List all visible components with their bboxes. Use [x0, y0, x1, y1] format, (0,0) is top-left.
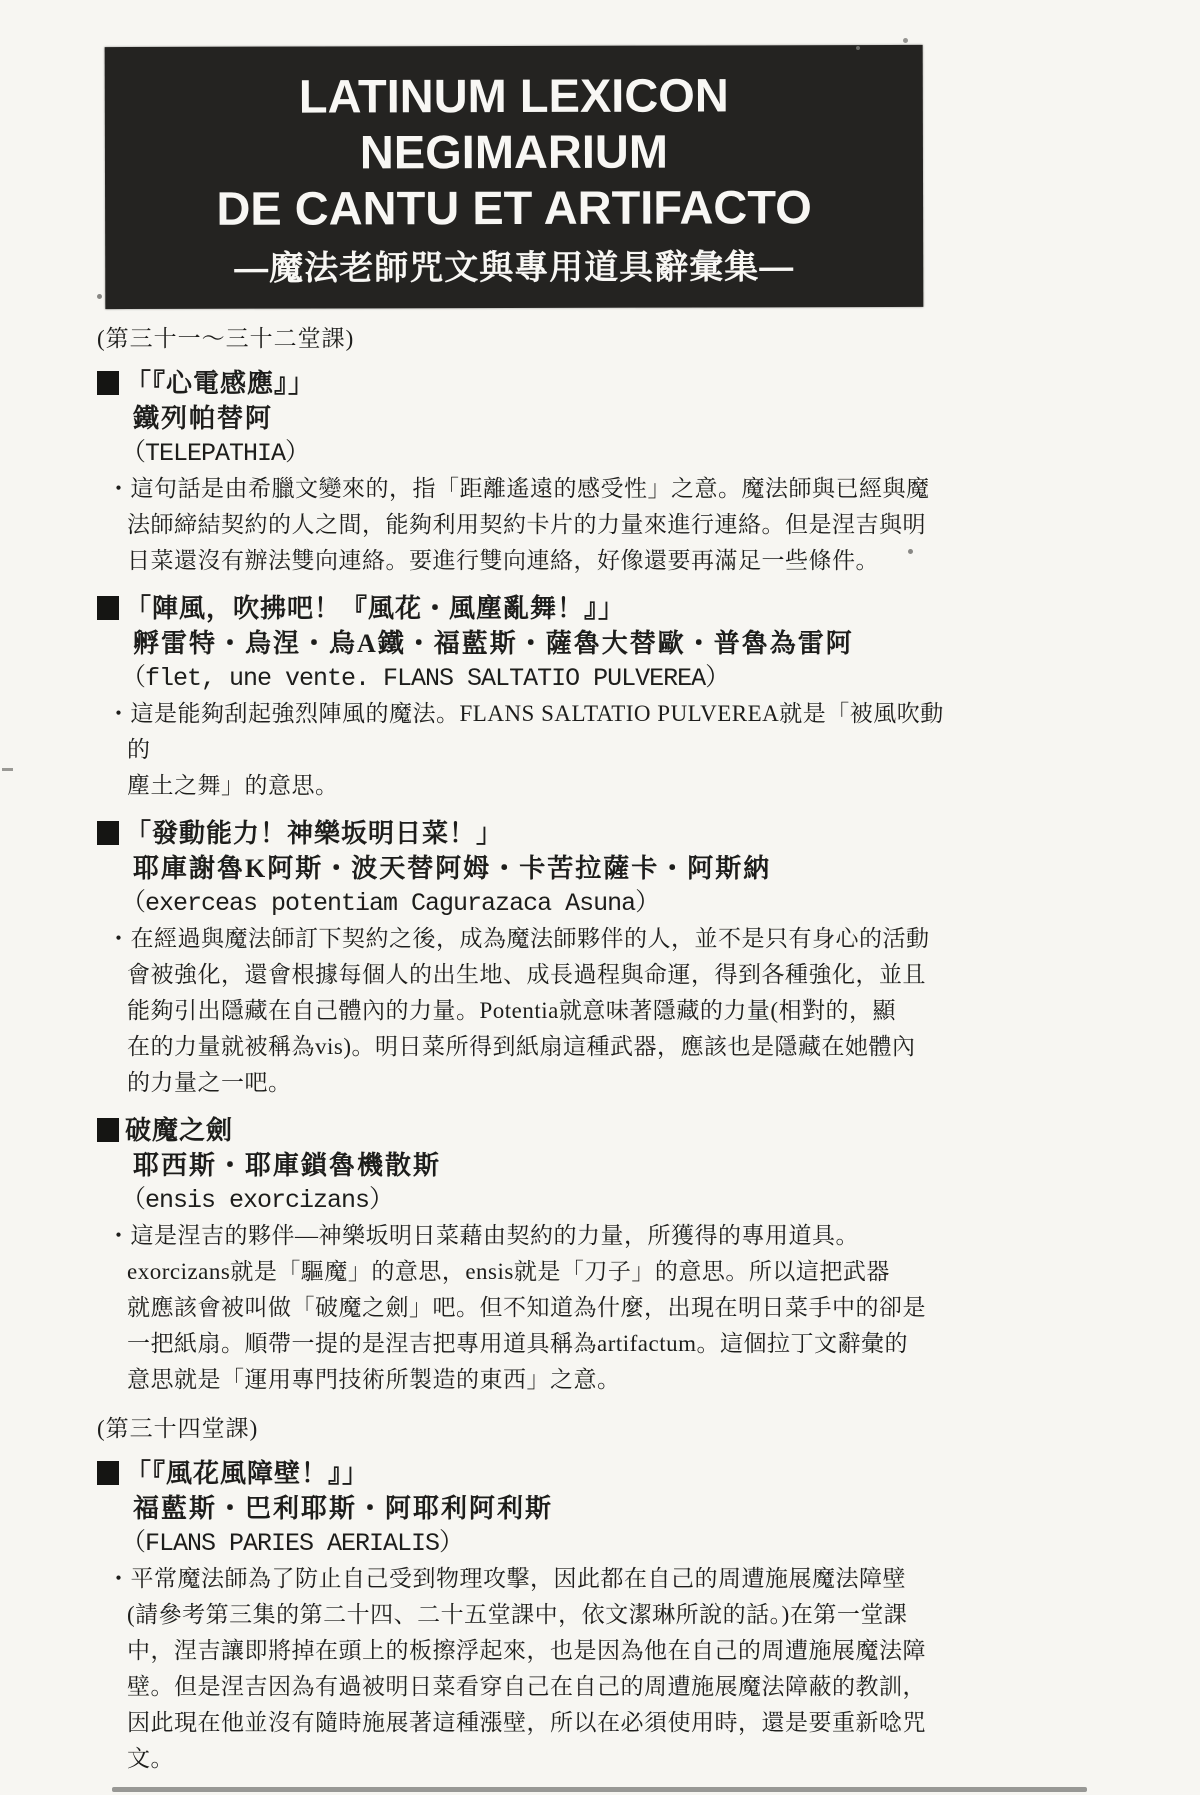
entry-latin: （TELEPATHIA） — [121, 436, 945, 471]
course-label: (第三十一～三十二堂課) — [97, 324, 945, 354]
entry-title-row: 「陣風，吹拂吧！『風花・風塵亂舞！』」 — [95, 591, 945, 626]
entry-latin: （FLANS PARIES AERIALIS） — [121, 1526, 945, 1561]
header-subtitle: —魔法老師咒文與專用道具辭彙集— — [105, 245, 923, 291]
entry-title: 「陣風，吹拂吧！『風花・風塵亂舞！』」 — [125, 591, 625, 626]
section-marker-icon — [97, 371, 119, 395]
lexicon-entry: 「『風花風障壁！』」 福藍斯・巴利耶斯・阿耶利阿利斯 （FLANS PARIES… — [95, 1456, 945, 1777]
section-marker-icon — [97, 596, 119, 620]
entry-title: 「『風花風障壁！』」 — [125, 1456, 369, 1491]
scan-bottom-line — [112, 1787, 1087, 1792]
section-marker-icon — [97, 1461, 119, 1485]
entry-title: 「『心電感應』」 — [125, 366, 315, 401]
entry-body: ・這是涅吉的夥伴—神樂坂明日菜藉由契約的力量，所獲得的專用道具。 exorciz… — [95, 1218, 945, 1398]
scan-edge-mark — [2, 768, 13, 771]
scan-speck — [97, 294, 102, 299]
entry-body: ・這句話是由希臘文變來的，指「距離遙遠的感受性」之意。魔法師與已經與魔 法師締結… — [95, 471, 945, 579]
scan-speck — [903, 38, 908, 43]
entry-body: ・在經過與魔法師訂下契約之後，成為魔法師夥伴的人，並不是只有身心的活動 會被強化… — [95, 921, 945, 1101]
header-latin-line-1: LATINUM LEXICON — [105, 67, 923, 125]
course-label: (第三十四堂課) — [97, 1414, 945, 1444]
entry-body: ・平常魔法師為了防止自己受到物理攻擊，因此都在自己的周遭施展魔法障壁 (請參考第… — [95, 1561, 945, 1777]
entry-body: ・這是能夠刮起強烈陣風的魔法。FLANS SALTATIO PULVEREA就是… — [95, 696, 945, 804]
entry-reading: 耶西斯・耶庫鎖魯機散斯 — [133, 1148, 945, 1183]
scan-speck — [908, 549, 913, 554]
lexicon-entry: 「發動能力！神樂坂明日菜！」 耶庫謝魯K阿斯・波天替阿姆・卡苦拉薩卡・阿斯納 （… — [95, 816, 945, 1101]
entry-title: 破魔之劍 — [125, 1113, 233, 1148]
entry-title: 「發動能力！神樂坂明日菜！」 — [125, 816, 503, 851]
entry-reading: 孵雷特・烏涅・烏A鐵・福藍斯・薩魯大替歐・普魯為雷阿 — [133, 626, 945, 661]
header-latin-line-3: DE CANTU ET ARTIFACTO — [105, 179, 923, 237]
entry-title-row: 「『風花風障壁！』」 — [95, 1456, 945, 1491]
lexicon-sections: (第三十一～三十二堂課) 「『心電感應』」 鐵列帕替阿 （TELEPATHIA）… — [95, 324, 945, 1777]
entry-latin: （ensis exorcizans） — [121, 1183, 945, 1218]
entry-reading: 鐵列帕替阿 — [133, 401, 945, 436]
entry-title-row: 「發動能力！神樂坂明日菜！」 — [95, 816, 945, 851]
section-marker-icon — [97, 1118, 119, 1142]
entry-latin: （exerceas potentiam Cagurazaca Asuna） — [121, 886, 945, 921]
entry-reading: 福藍斯・巴利耶斯・阿耶利阿利斯 — [133, 1491, 945, 1526]
scan-speck — [856, 46, 860, 50]
lexicon-entry: 「『心電感應』」 鐵列帕替阿 （TELEPATHIA） ・這句話是由希臘文變來的… — [95, 366, 945, 579]
lexicon-entry: 「陣風，吹拂吧！『風花・風塵亂舞！』」 孵雷特・烏涅・烏A鐵・福藍斯・薩魯大替歐… — [95, 591, 945, 804]
lexicon-entry: 破魔之劍 耶西斯・耶庫鎖魯機散斯 （ensis exorcizans） ・這是涅… — [95, 1113, 945, 1398]
entry-title-row: 破魔之劍 — [95, 1113, 945, 1148]
section-marker-icon — [97, 821, 119, 845]
scanned-book-page: LATINUM LEXICON NEGIMARIUM DE CANTU ET A… — [0, 0, 1200, 1795]
header-latin-line-2: NEGIMARIUM — [105, 123, 923, 181]
lexicon-header-box: LATINUM LEXICON NEGIMARIUM DE CANTU ET A… — [105, 45, 924, 309]
entry-latin: （flet, une vente. FLANS SALTATIO PULVERE… — [121, 661, 945, 696]
entry-title-row: 「『心電感應』」 — [95, 366, 945, 401]
entry-reading: 耶庫謝魯K阿斯・波天替阿姆・卡苦拉薩卡・阿斯納 — [133, 851, 945, 886]
